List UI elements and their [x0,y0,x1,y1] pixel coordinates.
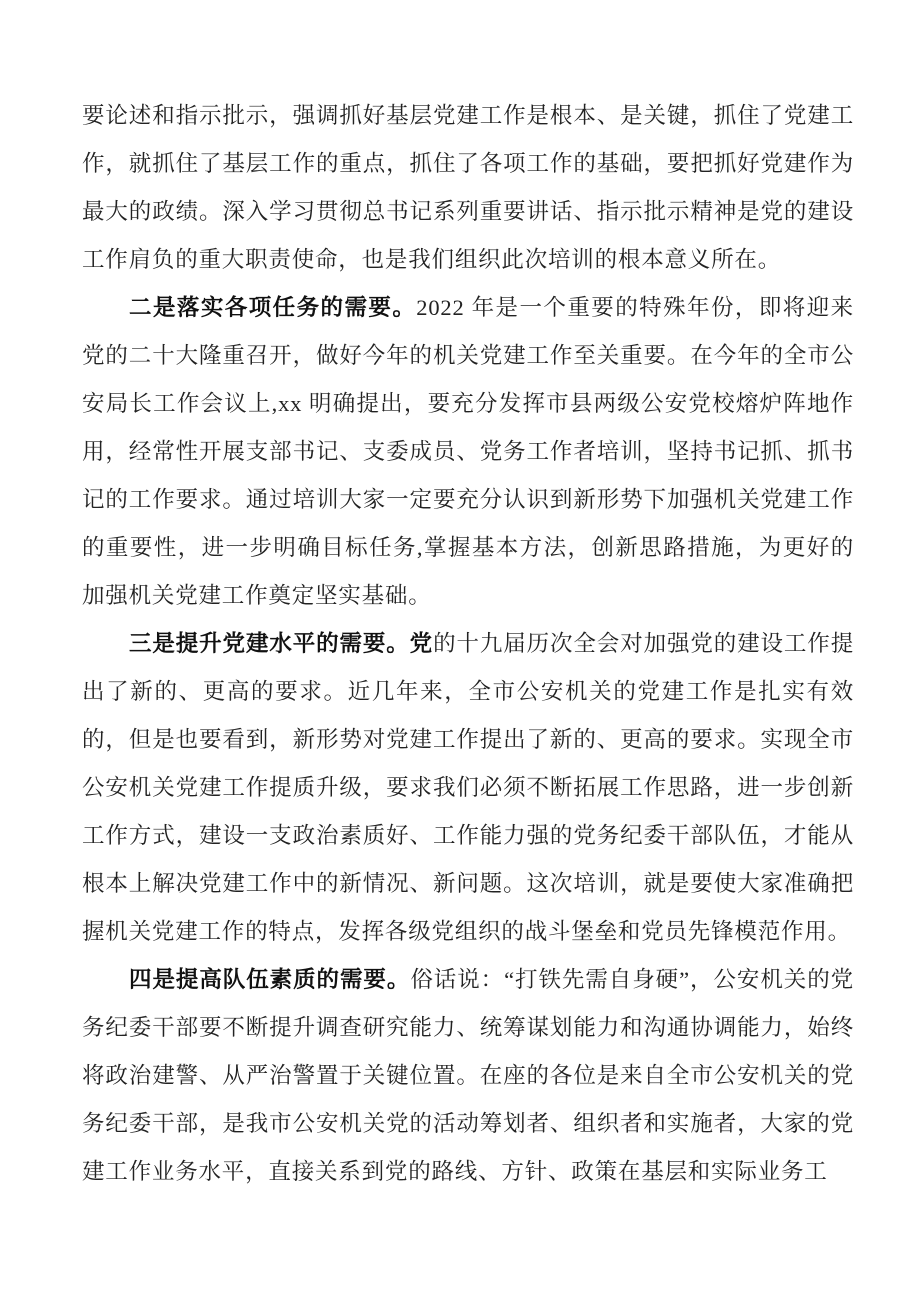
paragraph-3-bold-lead: 三是提升党建水平的需要。党 [129,631,433,656]
paragraph-4-text: 俗话说：“打铁先需自身硬”，公安机关的党务纪委干部要不断提升调查研究能力、统筹谋… [82,967,854,1184]
paragraph-3-text: 的十九届历次全会对加强党的建设工作提出了新的、更高的要求。近几年来，全市公安机关… [82,631,854,944]
paragraph-2: 二是落实各项任务的需要。2022 年是一个重要的特殊年份，即将迎来党的二十大隆重… [82,284,854,620]
paragraph-1-text: 要论述和指示批示，强调抓好基层党建工作是根本、是关键，抓住了党建工作，就抓住了基… [82,103,854,272]
paragraph-3: 三是提升党建水平的需要。党的十九届历次全会对加强党的建设工作提出了新的、更高的要… [82,620,854,956]
paragraph-1: 要论述和指示批示，强调抓好基层党建工作是根本、是关键，抓住了党建工作，就抓住了基… [82,92,854,284]
paragraph-4: 四是提高队伍素质的需要。俗话说：“打铁先需自身硬”，公安机关的党务纪委干部要不断… [82,956,854,1196]
document-page: 要论述和指示批示，强调抓好基层党建工作是根本、是关键，抓住了党建工作，就抓住了基… [82,92,854,1196]
paragraph-4-bold-lead: 四是提高队伍素质的需要。 [129,967,410,992]
paragraph-2-text: 2022 年是一个重要的特殊年份，即将迎来党的二十大隆重召开，做好今年的机关党建… [82,295,854,608]
paragraph-2-bold-lead: 二是落实各项任务的需要。 [129,295,416,320]
